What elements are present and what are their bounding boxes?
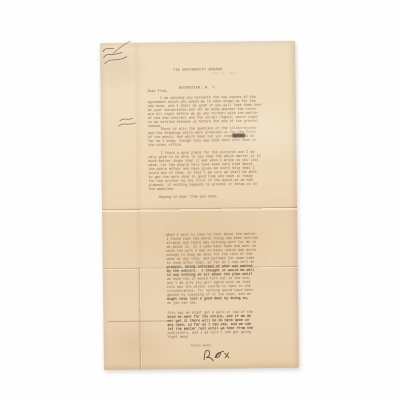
paragraph-3: I found a good place for the pictures an… bbox=[148, 150, 261, 191]
fold-crease-middle bbox=[102, 207, 297, 212]
signature-scrawl bbox=[201, 348, 232, 363]
date-line: May 21, 1921 bbox=[212, 72, 237, 76]
letterhead-city-line: ROCHESTER, N. Y. bbox=[165, 85, 231, 92]
paragraph-4: When I went to town to talk about the ma… bbox=[166, 232, 259, 305]
letter-paper-sheet: 716 UNIVERSITY AVENUE ROCHESTER, N. Y. M… bbox=[100, 41, 299, 370]
paragraph-1: I am sending you herewith the two copies… bbox=[148, 95, 263, 128]
overtyped-word-smudge bbox=[232, 134, 245, 138]
paragraph-5: This way we might get a word or two of t… bbox=[167, 310, 253, 339]
salutation: Dear Fred, bbox=[148, 89, 168, 93]
standalone-line: Hoping to hear from you soon, bbox=[159, 195, 218, 200]
pencil-annotation-top-left bbox=[101, 41, 157, 69]
vertical-crease-left bbox=[138, 268, 141, 370]
pencil-annotation-left-margin bbox=[117, 115, 139, 128]
letter-photograph: 716 UNIVERSITY AVENUE ROCHESTER, N. Y. M… bbox=[0, 0, 400, 400]
